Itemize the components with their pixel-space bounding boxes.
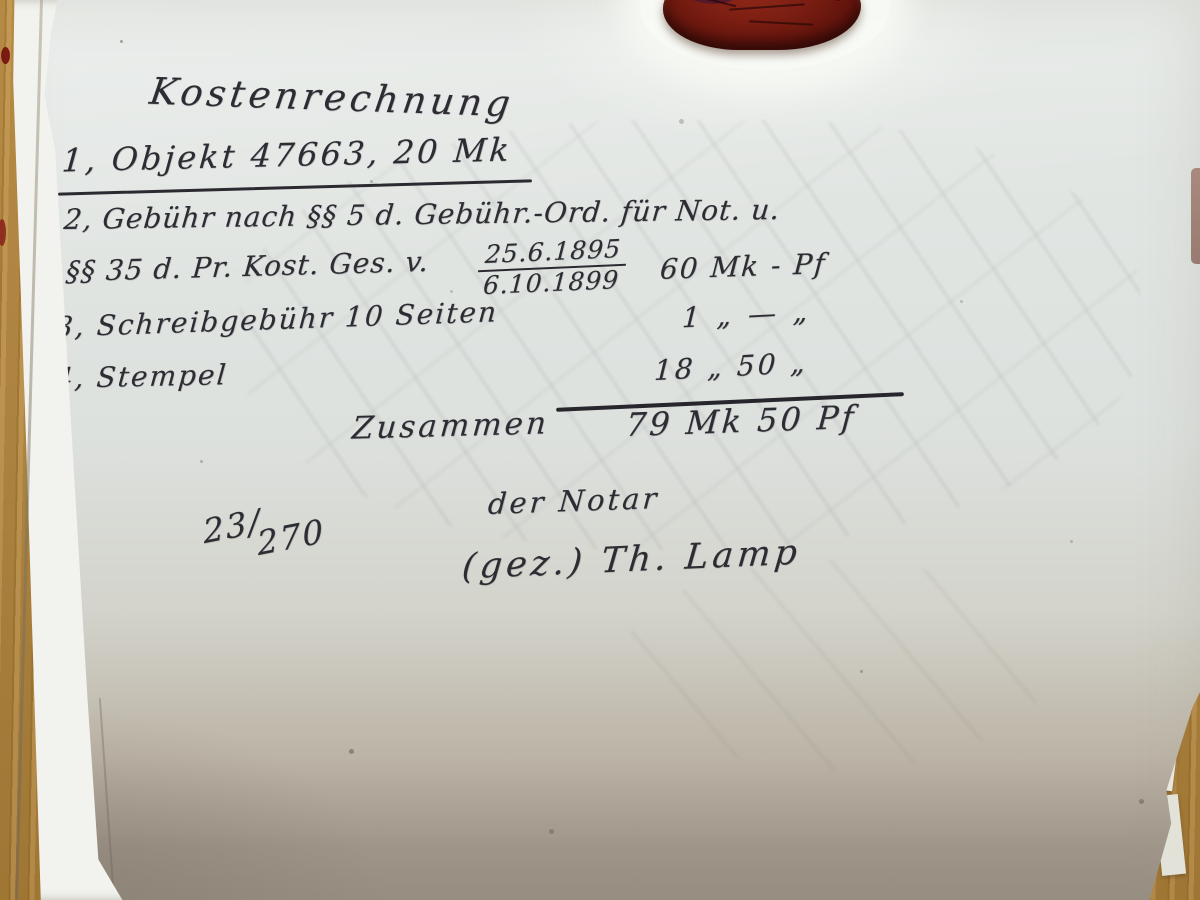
total-label: Zusammen bbox=[351, 405, 551, 446]
document-title: Kostenrechnung bbox=[147, 70, 517, 126]
item-2-number: 2, bbox=[63, 203, 95, 236]
paper-specks bbox=[120, 40, 123, 43]
seal-crack bbox=[783, 0, 840, 1]
item-2-amount: 60 Mk - Pf bbox=[659, 247, 828, 286]
total-amount: 79 Mk 50 Pf bbox=[625, 398, 858, 444]
item-2-date-fraction: 25.6.1895 6.10.1899 bbox=[476, 235, 628, 300]
seal-crack bbox=[749, 20, 813, 25]
registry-number-upper: 23/ bbox=[201, 501, 262, 551]
item-1-number: 1, bbox=[61, 141, 101, 180]
item-4-text: Stempel bbox=[95, 358, 229, 394]
seal-crack bbox=[729, 3, 805, 10]
line-item-4: 4, Stempel bbox=[54, 358, 229, 395]
ink-bleedthrough-texture bbox=[620, 560, 1050, 770]
document-paper: Kostenrechnung 1, Objekt 47663, 20 Mk 2,… bbox=[0, 0, 1200, 900]
signer-role: der Notar bbox=[487, 481, 661, 521]
wax-fleck-left-edge bbox=[1, 47, 10, 64]
item-3-amount: 1 „ — „ bbox=[681, 295, 812, 335]
registry-number: 23/270 bbox=[201, 488, 330, 552]
photo-of-document: Kostenrechnung 1, Objekt 47663, 20 Mk 2,… bbox=[0, 0, 1200, 900]
wax-residue-right-edge bbox=[1191, 168, 1200, 264]
registry-number-lower: 270 bbox=[256, 511, 327, 563]
